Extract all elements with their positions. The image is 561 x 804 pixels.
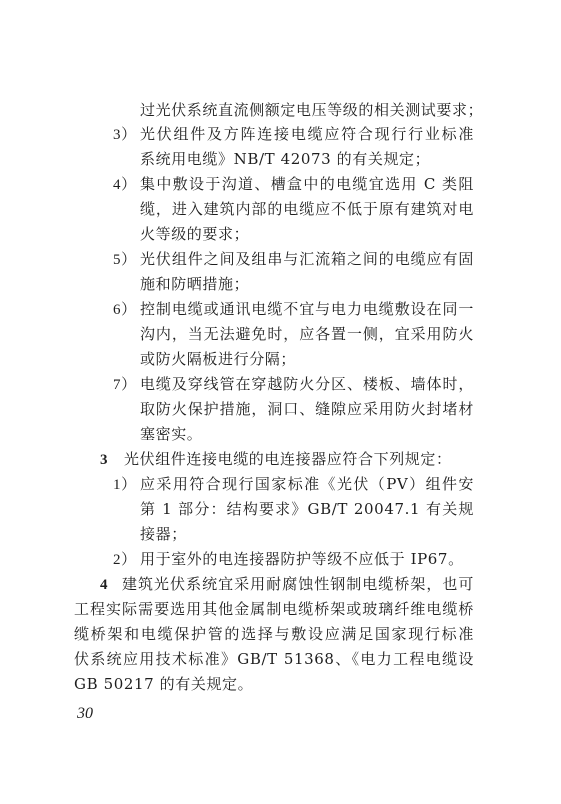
list-item-continuation: 沟内，当无法避免时，应各置一侧，宜采用防火槽盒: [140, 324, 474, 344]
paragraph-line: 伏系统应用技术标准》GB/T 51368、《电力工程电缆设计标准》: [74, 649, 474, 669]
list-item-marker: 7）: [113, 374, 137, 394]
list-item-continuation: 第 1 部分：结构要求》GB/T 20047.1 有关规定的电连: [140, 499, 474, 519]
line-text: 光伏组件连接电缆的电连接器应符合下列规定：: [124, 450, 452, 468]
list-item-continuation: 过光伏系统直流侧额定电压等级的相关测试要求；: [140, 100, 483, 120]
list-item-continuation: 火等级的要求；: [140, 224, 249, 244]
paragraph-line: 工程实际需要选用其他金属制电缆桥架或玻璃纤维电缆桥架。电: [74, 599, 474, 619]
item-number: 7）: [113, 375, 137, 395]
item-number: 3）: [113, 125, 137, 145]
line-text: 施和防晒措施；: [140, 275, 249, 293]
line-text: 过光伏系统直流侧额定电压等级的相关测试要求；: [140, 101, 483, 119]
list-item-continuation: 施和防晒措施；: [140, 274, 249, 294]
clause-number: 4: [100, 574, 108, 594]
line-text: 火等级的要求；: [140, 225, 249, 243]
item-number: 2）: [113, 550, 137, 570]
list-item-continuation: 接器；: [140, 524, 187, 544]
list-item-marker: 1）: [113, 474, 137, 494]
list-item: 集中敷设于沟道、槽盒中的电缆宜选用 C 类阻燃电: [140, 174, 474, 194]
clause-number-text: 3: [100, 450, 108, 470]
line-text: 光伏组件及方阵连接电缆应符合现行行业标准《光伏: [140, 125, 474, 144]
item-number: 1）: [113, 475, 137, 495]
paragraph-line: GB 50217 的有关规定。: [74, 674, 253, 694]
list-item-marker: 3）: [113, 124, 137, 144]
list-item-marker: 4）: [113, 174, 137, 194]
line-text: 沟内，当无法避免时，应各置一侧，宜采用防火槽盒: [140, 325, 474, 344]
line-text: 塞密实。: [140, 425, 202, 443]
list-item-continuation: 系统用电缆》NB/T 42073 的有关规定；: [140, 149, 430, 169]
line-text: 光伏组件之间及组串与汇流箱之间的电缆应有固定措: [140, 250, 474, 269]
list-item: 光伏组件及方阵连接电缆应符合现行行业标准《光伏: [140, 124, 474, 144]
list-item-continuation: 取防火保护措施，洞口、缝隙应采用防火封堵材料填: [140, 399, 474, 419]
line-text: 系统用电缆》NB/T 42073 的有关规定；: [140, 150, 430, 168]
item-number: 6）: [113, 300, 137, 320]
line-text: 应采用符合现行国家标准《光伏（PV）组件安全鉴定: [140, 475, 474, 494]
list-item: 电缆及穿线管在穿越防火分区、楼板、墙体时，应采: [140, 374, 474, 394]
item-number: 4）: [113, 175, 137, 195]
line-text: 或防火隔板进行分隔；: [140, 350, 296, 368]
clause-heading: 光伏组件连接电缆的电连接器应符合下列规定：: [124, 449, 452, 469]
clause-number-text: 4: [100, 575, 108, 595]
paragraph-line: 缆桥架和电缆保护管的选择与敷设应满足国家现行标准《建筑光: [74, 624, 474, 644]
list-item: 控制电缆或通讯电缆不宜与电力电缆敷设在同一电缆: [140, 299, 474, 319]
page-number: 30: [77, 705, 93, 723]
list-item: 光伏组件之间及组串与汇流箱之间的电缆应有固定措: [140, 249, 474, 269]
document-page: 过光伏系统直流侧额定电压等级的相关测试要求； 3） 光伏组件及方阵连接电缆应符合…: [0, 0, 561, 804]
list-item: 应采用符合现行国家标准《光伏（PV）组件安全鉴定: [140, 474, 474, 494]
line-text: 用于室外的电连接器防护等级不应低于 IP67。: [140, 550, 464, 568]
line-text: 控制电缆或通讯电缆不宜与电力电缆敷设在同一电缆: [140, 300, 474, 319]
line-text: 第 1 部分：结构要求》GB/T 20047.1 有关规定的电连: [140, 500, 474, 519]
clause-paragraph: 建筑光伏系统宜采用耐腐蚀性钢制电缆桥架，也可根据: [122, 574, 474, 594]
line-text: 电缆及穿线管在穿越防火分区、楼板、墙体时，应采: [140, 375, 474, 394]
line-text: 取防火保护措施，洞口、缝隙应采用防火封堵材料填: [140, 400, 474, 419]
list-item-continuation: 或防火隔板进行分隔；: [140, 349, 296, 369]
list-item-marker: 2）: [113, 549, 137, 569]
line-text: 缆，进入建筑内部的电缆应不低于原有建筑对电缆防: [140, 200, 474, 219]
clause-number: 3: [100, 449, 108, 469]
line-text: 接器；: [140, 525, 187, 543]
line-text: GB 50217 的有关规定。: [74, 675, 253, 693]
line-text: 缆桥架和电缆保护管的选择与敷设应满足国家现行标准《建筑光: [74, 625, 474, 644]
line-text: 伏系统应用技术标准》GB/T 51368、《电力工程电缆设计标准》: [74, 650, 474, 669]
line-text: 工程实际需要选用其他金属制电缆桥架或玻璃纤维电缆桥架。电: [74, 600, 474, 619]
list-item-marker: 6）: [113, 299, 137, 319]
list-item-continuation: 塞密实。: [140, 424, 202, 444]
line-text: 建筑光伏系统宜采用耐腐蚀性钢制电缆桥架，也可根据: [122, 575, 474, 594]
item-number: 5）: [113, 250, 137, 270]
list-item: 用于室外的电连接器防护等级不应低于 IP67。: [140, 549, 464, 569]
list-item-continuation: 缆，进入建筑内部的电缆应不低于原有建筑对电缆防: [140, 199, 474, 219]
list-item-marker: 5）: [113, 249, 137, 269]
line-text: 集中敷设于沟道、槽盒中的电缆宜选用 C 类阻燃电: [140, 175, 474, 194]
